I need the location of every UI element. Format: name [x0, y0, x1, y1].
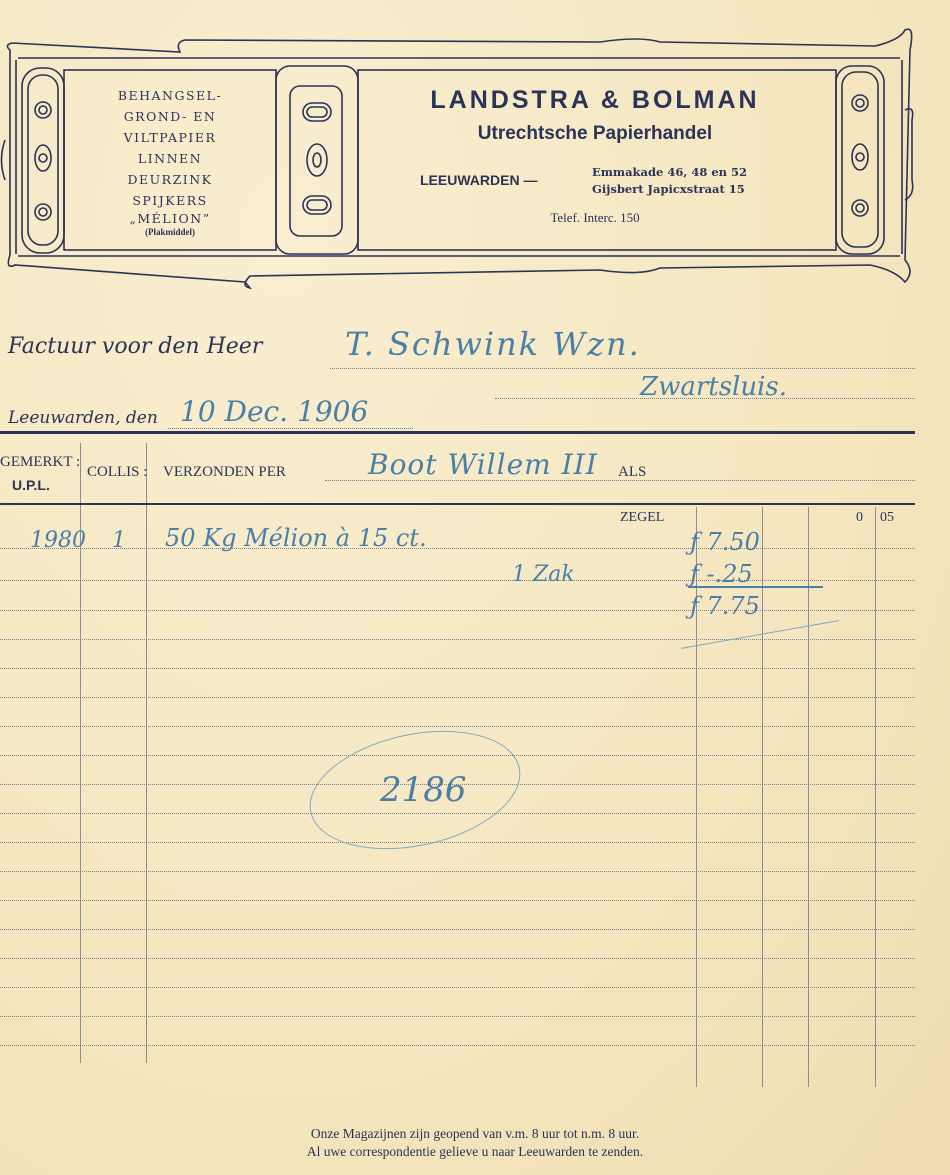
invoice-date: 10 Dec. 1906 — [180, 395, 368, 428]
goods-note: (Plakmiddel) — [70, 227, 270, 237]
col-divider — [875, 507, 876, 1087]
col-divider — [146, 443, 147, 1063]
row-1-amount: ƒ 7.50 — [690, 528, 760, 556]
zegel-guilders: 0 — [856, 510, 863, 526]
header-rule — [0, 431, 915, 434]
gemerkt-value: U.P.L. — [12, 477, 50, 493]
zegel-label: ZEGEL — [620, 510, 664, 526]
verzonden-label: VERZONDEN PER — [163, 464, 286, 481]
collis-label: COLLIS : — [87, 464, 147, 481]
ruled-line — [0, 871, 915, 872]
row-3-total: ƒ 7.75 — [690, 592, 760, 620]
ruled-line — [0, 1016, 915, 1017]
letterhead-goods-list: BEHANGSEL- GROND- EN VILTPAPIER LINNEN D… — [70, 85, 270, 237]
ruled-line — [0, 697, 915, 698]
company-city: LEEUWARDEN — — [420, 172, 537, 188]
date-line — [168, 428, 413, 429]
verzonden-value: Boot Willem III — [368, 448, 598, 481]
recipient-place: Zwartsluis. — [640, 372, 787, 402]
goods-item: VILTPAPIER — [70, 127, 270, 148]
zegel-cents: 05 — [880, 510, 894, 526]
ruled-line — [0, 1045, 915, 1046]
goods-item: BEHANGSEL- — [70, 85, 270, 106]
row-1-collis: 1 — [112, 528, 126, 553]
ruled-line — [0, 668, 915, 669]
col-divider — [762, 507, 763, 1087]
footer-correspondence: Al uwe correspondentie gelieve u naar Le… — [0, 1143, 950, 1161]
gemerkt-label: GEMERKT : — [0, 454, 80, 471]
recipient-line — [330, 368, 915, 369]
table-top-rule — [0, 503, 915, 505]
row-1-mark: 1980 — [30, 528, 86, 553]
address-line-2: Gijsbert Japicxstraat 15 — [592, 181, 747, 198]
row-2-description: 1 Zak — [512, 562, 575, 587]
company-subtitle: Utrechtsche Papierhandel — [380, 123, 810, 145]
goods-item: „MÉLION” — [70, 211, 270, 227]
footer-hours: Onze Magazijnen zijn geopend van v.m. 8 … — [0, 1125, 950, 1143]
recipient-name: T. Schwink Wzn. — [345, 325, 641, 363]
goods-item: GROND- EN — [70, 106, 270, 127]
ruled-line — [0, 958, 915, 959]
ruled-line — [0, 900, 915, 901]
company-telephone: Telef. Interc. 150 — [380, 210, 810, 226]
sum-underline — [688, 586, 823, 588]
ruled-line — [0, 639, 915, 640]
row-1-description: 50 Kg Mélion à 15 ct. — [165, 524, 427, 552]
als-label: ALS — [618, 464, 646, 481]
ruled-line — [0, 987, 915, 988]
ruled-line — [0, 842, 915, 843]
company-name: LANDSTRA & BOLMAN — [380, 86, 810, 115]
col-divider — [808, 507, 809, 1087]
goods-item: SPIJKERS — [70, 190, 270, 211]
company-address: Emmakade 46, 48 en 52 Gijsbert Japicxstr… — [592, 164, 747, 198]
circled-number: 2186 — [380, 770, 467, 810]
ruled-line — [0, 610, 915, 611]
address-line-1: Emmakade 46, 48 en 52 — [592, 164, 747, 181]
date-label: Leeuwarden, den — [8, 408, 158, 428]
factuur-label: Factuur voor den Heer — [8, 334, 262, 359]
total-flourish — [681, 620, 839, 649]
ruled-line — [0, 548, 915, 549]
footer: Onze Magazijnen zijn geopend van v.m. 8 … — [0, 1125, 950, 1161]
goods-item: LINNEN — [70, 148, 270, 169]
row-2-amount: ƒ -.25 — [690, 560, 753, 588]
goods-item: DEURZINK — [70, 169, 270, 190]
ruled-line — [0, 580, 915, 581]
ruled-line — [0, 929, 915, 930]
ruled-line — [0, 726, 915, 727]
